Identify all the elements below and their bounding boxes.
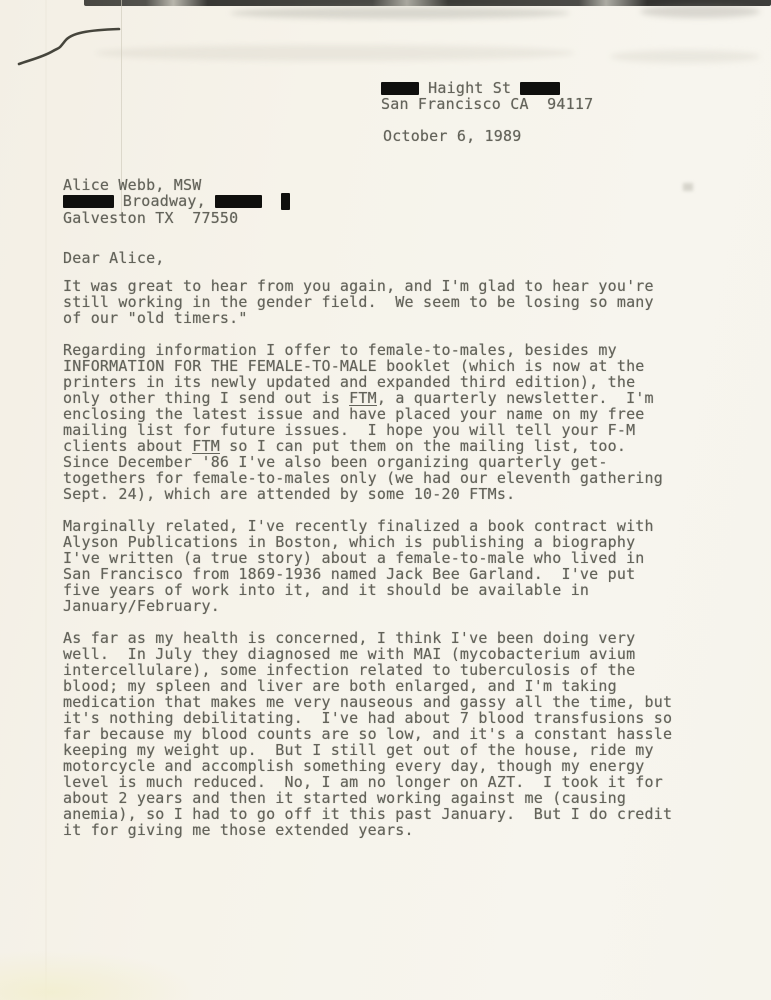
scanned-letter-page: Haight St San Francisco CA 94117 October… xyxy=(0,0,771,1000)
scan-edge-strip xyxy=(84,0,771,6)
redaction-bar xyxy=(281,193,290,210)
text-line: blood; my spleen and liver are both enla… xyxy=(63,678,703,694)
text-line: Galveston TX 77550 xyxy=(63,210,290,226)
text-line: Since December '86 I've also been organi… xyxy=(63,454,703,470)
pen-mark-icon xyxy=(12,22,132,72)
paragraph: It was great to hear from you again, and… xyxy=(63,278,703,326)
text-line: San Francisco from 1869-1936 named Jack … xyxy=(63,566,703,582)
scan-smudge xyxy=(640,5,760,18)
text-line: medication that makes me very nauseous a… xyxy=(63,694,703,710)
text-line: printers in its newly updated and expand… xyxy=(63,374,703,390)
salutation: Dear Alice, xyxy=(63,250,165,266)
text-line: clients about FTM so I can put them on t… xyxy=(63,438,703,454)
text-line: Alice Webb, MSW xyxy=(63,177,290,193)
text-line: it's nothing debilitating. I've had abou… xyxy=(63,710,703,726)
text-line: Marginally related, I've recently finali… xyxy=(63,518,703,534)
text-line: five years of work into it, and it shoul… xyxy=(63,582,703,598)
paragraph: Regarding information I offer to female-… xyxy=(63,342,703,502)
paper-crease xyxy=(45,0,47,1000)
text-line: Sept. 24), which are attended by some 10… xyxy=(63,486,703,502)
text-line: Alyson Publications in Boston, which is … xyxy=(63,534,703,550)
redaction-bar xyxy=(63,195,114,208)
text-line: only other thing I send out is FTM, a qu… xyxy=(63,390,703,406)
text-segment: it for giving me those extended years. xyxy=(63,821,414,839)
text-line: of our "old timers." xyxy=(63,310,703,326)
letter-body: It was great to hear from you again, and… xyxy=(63,278,703,854)
text-segment: of our "old timers." xyxy=(63,309,248,327)
text-line: it for giving me those extended years. xyxy=(63,822,703,838)
text-segment: Galveston TX 77550 xyxy=(63,209,238,227)
text-line: anemia), so I had to go off it this past… xyxy=(63,806,703,822)
text-line: Broadway, xyxy=(63,193,290,210)
text-line: It was great to hear from you again, and… xyxy=(63,278,703,294)
redaction-bar xyxy=(381,82,419,95)
text-line: I've written (a true story) about a fema… xyxy=(63,550,703,566)
text-line: level is much reduced. No, I am no longe… xyxy=(63,774,703,790)
text-line: enclosing the latest issue and have plac… xyxy=(63,406,703,422)
text-line: intercellulare), some infection related … xyxy=(63,662,703,678)
text-line: about 2 years and then it started workin… xyxy=(63,790,703,806)
text-line: As far as my health is concerned, I thin… xyxy=(63,630,703,646)
paragraph: Marginally related, I've recently finali… xyxy=(63,518,703,614)
redaction-bar xyxy=(520,82,560,95)
text-line: San Francisco CA 94117 xyxy=(381,96,593,112)
text-segment: Sept. 24), which are attended by some 10… xyxy=(63,485,515,503)
text-segment: January/February. xyxy=(63,597,220,615)
paragraph: As far as my health is concerned, I thin… xyxy=(63,630,703,838)
paper-stain xyxy=(0,950,200,1000)
text-line: keeping my weight up. But I still get ou… xyxy=(63,742,703,758)
text-line: well. In July they diagnosed me with MAI… xyxy=(63,646,703,662)
text-line: Regarding information I offer to female-… xyxy=(63,342,703,358)
scan-smudge xyxy=(95,45,575,61)
text-line: togethers for female-to-males only (we h… xyxy=(63,470,703,486)
letter-date: October 6, 1989 xyxy=(383,128,521,144)
text-line: January/February. xyxy=(63,598,703,614)
sender-address: Haight St San Francisco CA 94117 xyxy=(381,80,593,112)
text-segment xyxy=(262,192,280,210)
text-line: Haight St xyxy=(381,80,593,96)
text-line: far because my blood counts are so low, … xyxy=(63,726,703,742)
scan-smudge xyxy=(610,50,760,63)
text-line: still working in the gender field. We se… xyxy=(63,294,703,310)
scan-smudge xyxy=(683,183,693,191)
text-line: motorcycle and accomplish something ever… xyxy=(63,758,703,774)
text-line: INFORMATION FOR THE FEMALE-TO-MALE bookl… xyxy=(63,358,703,374)
text-line: mailing list for future issues. I hope y… xyxy=(63,422,703,438)
redaction-bar xyxy=(215,195,262,208)
text-segment: Broadway, xyxy=(114,192,216,210)
text-segment: San Francisco CA 94117 xyxy=(381,95,593,113)
recipient-address: Alice Webb, MSW Broadway, Galveston TX 7… xyxy=(63,177,290,226)
scan-smudge xyxy=(230,7,570,19)
